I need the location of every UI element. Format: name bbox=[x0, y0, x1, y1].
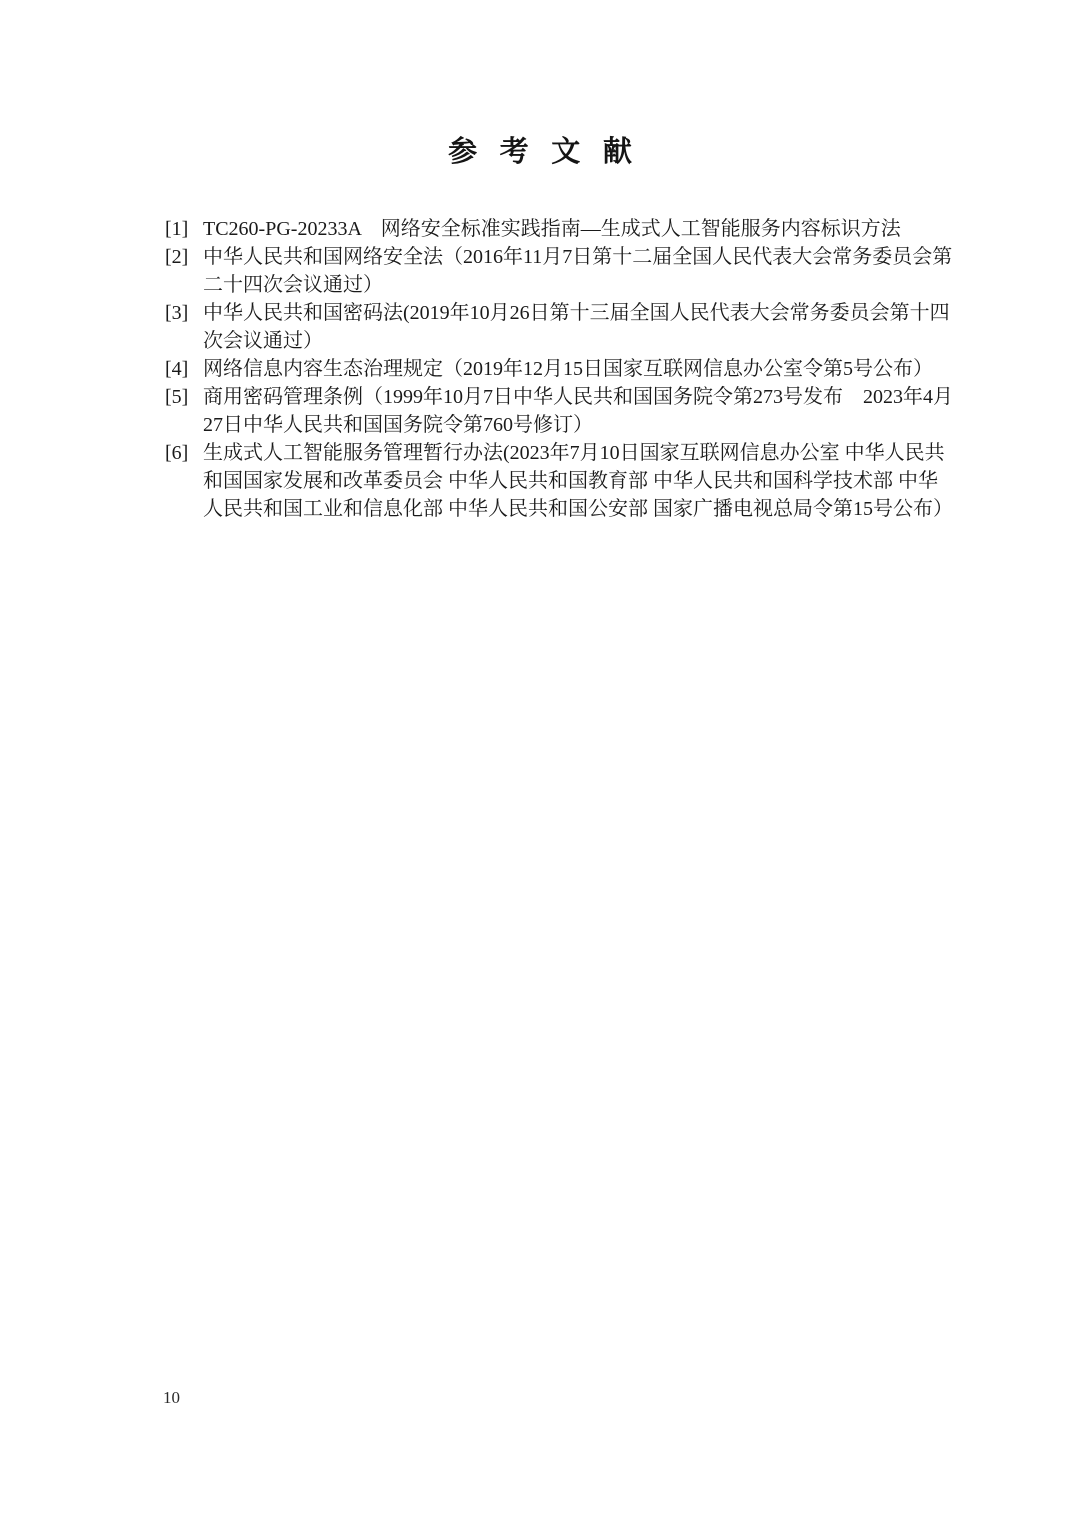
reference-item-4: [4] 网络信息内容生态治理规定（2019年12月15日国家互联网信息办公室令第… bbox=[165, 355, 955, 383]
reference-label: [4] bbox=[165, 355, 188, 383]
page-title: 参考文献 bbox=[0, 138, 1080, 167]
reference-item-6: [6] 生成式人工智能服务管理暂行办法(2023年7月10日国家互联网信息办公室… bbox=[165, 439, 955, 523]
reference-label: [6] bbox=[165, 439, 188, 467]
reference-item-3: [3] 中华人民共和国密码法(2019年10月26日第十三届全国人民代表大会常务… bbox=[165, 299, 955, 355]
reference-text-line: 网络信息内容生态治理规定（2019年12月15日国家互联网信息办公室令第5号公布… bbox=[203, 355, 955, 383]
reference-list: [1] TC260-PG-20233A 网络安全标准实践指南—生成式人工智能服务… bbox=[165, 215, 955, 523]
reference-label: [2] bbox=[165, 243, 188, 271]
reference-text-line: 中华人民共和国网络安全法（2016年11月7日第十二届全国人民代表大会常务委员会… bbox=[203, 243, 955, 271]
reference-text-line: 商用密码管理条例（1999年10月7日中华人民共和国国务院令第273号发布 20… bbox=[203, 383, 955, 411]
reference-item-2: [2] 中华人民共和国网络安全法（2016年11月7日第十二届全国人民代表大会常… bbox=[165, 243, 955, 299]
reference-label: [1] bbox=[165, 215, 188, 243]
document-page: 参考文献 [1] TC260-PG-20233A 网络安全标准实践指南—生成式人… bbox=[0, 0, 1080, 1527]
reference-label: [5] bbox=[165, 383, 188, 411]
reference-label: [3] bbox=[165, 299, 188, 327]
reference-text-line: 次会议通过） bbox=[203, 327, 955, 355]
reference-item-5: [5] 商用密码管理条例（1999年10月7日中华人民共和国国务院令第273号发… bbox=[165, 383, 955, 439]
reference-item-1: [1] TC260-PG-20233A 网络安全标准实践指南—生成式人工智能服务… bbox=[165, 215, 955, 243]
page-number: 10 bbox=[163, 1388, 180, 1408]
reference-text-line: 生成式人工智能服务管理暂行办法(2023年7月10日国家互联网信息办公室 中华人… bbox=[203, 439, 955, 467]
reference-text-line: 和国国家发展和改革委员会 中华人民共和国教育部 中华人民共和国科学技术部 中华 bbox=[203, 467, 955, 495]
reference-text-line: TC260-PG-20233A 网络安全标准实践指南—生成式人工智能服务内容标识… bbox=[203, 215, 955, 243]
reference-text-line: 27日中华人民共和国国务院令第760号修订） bbox=[203, 411, 955, 439]
reference-text-line: 人民共和国工业和信息化部 中华人民共和国公安部 国家广播电视总局令第15号公布） bbox=[203, 495, 955, 523]
reference-text-line: 中华人民共和国密码法(2019年10月26日第十三届全国人民代表大会常务委员会第… bbox=[203, 299, 955, 327]
reference-text-line: 二十四次会议通过） bbox=[203, 271, 955, 299]
